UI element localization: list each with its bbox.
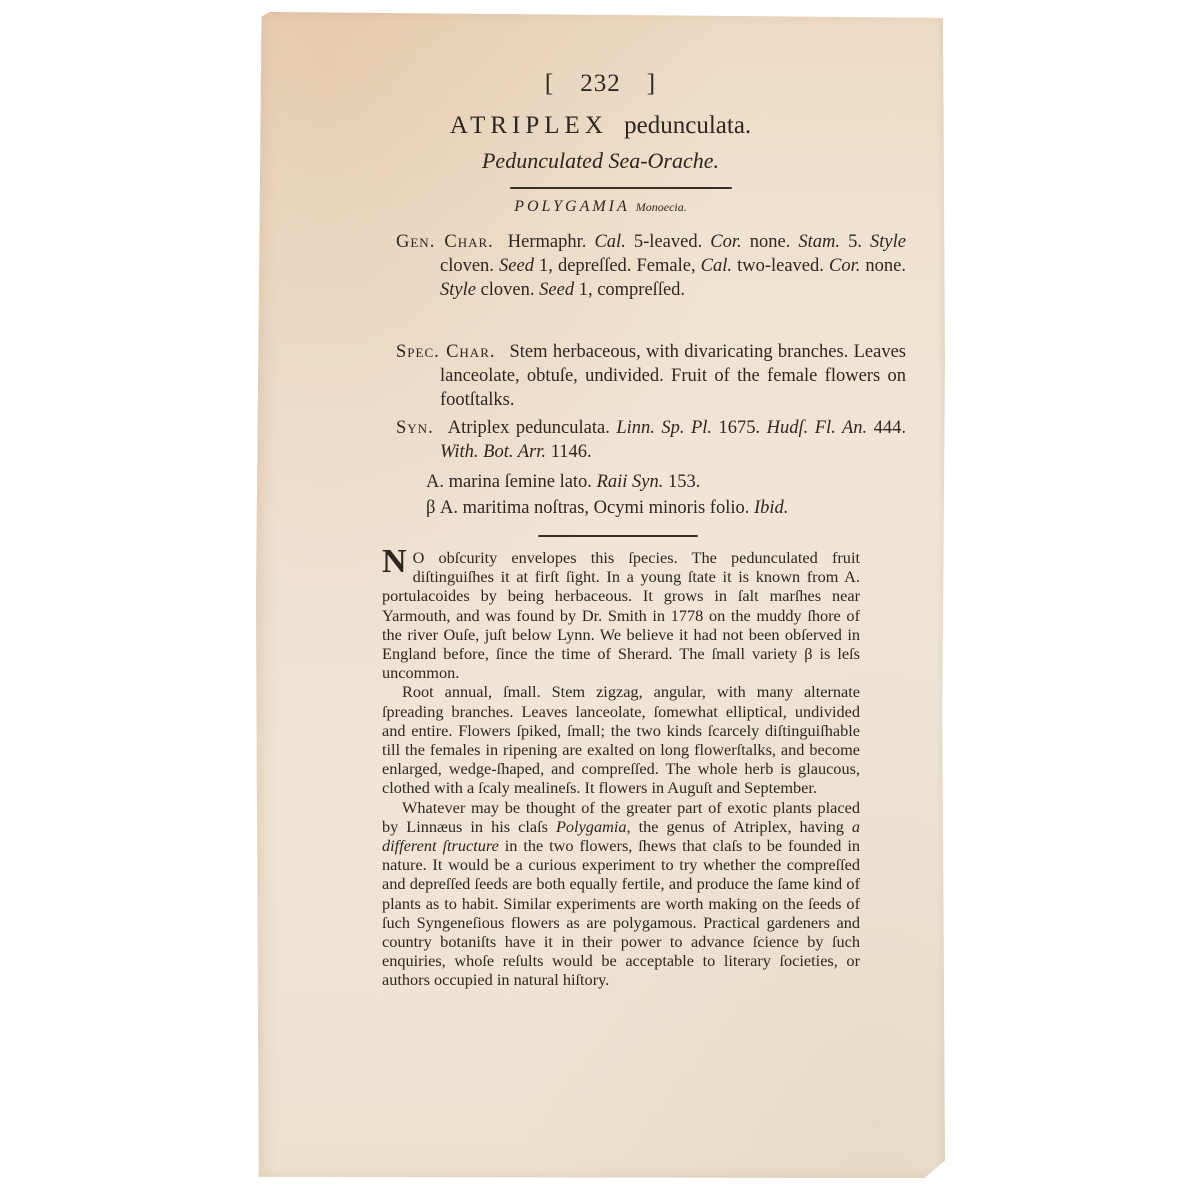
italic-run: Seed xyxy=(499,256,534,276)
book-page: [232] ATRIPLEX pedunculata. Pedunculated… xyxy=(256,12,945,1178)
synonym-alt-2-text: β A. maritima noſtras, Ocymi minoris fol… xyxy=(426,498,754,518)
drop-cap: N xyxy=(382,550,407,574)
italic-run: Hudſ. Fl. An. xyxy=(767,418,868,438)
italic-run: Cor. xyxy=(710,232,741,252)
synonym-alt-1-ref: Raii Syn. xyxy=(597,472,664,492)
text-run: none. xyxy=(860,256,906,276)
italic-run: Cal. xyxy=(594,232,625,252)
italic-run: Cor. xyxy=(829,256,860,276)
synonym-alt-2-ref: Ibid. xyxy=(754,498,788,518)
class-name: POLYGAMIA xyxy=(514,198,630,215)
title-divider xyxy=(510,187,732,189)
body-text: NO obſcurity envelopes this ſpecies. The… xyxy=(382,548,860,990)
text-run: two-leaved. xyxy=(732,256,829,276)
text-run: 1146. xyxy=(546,442,592,462)
italic-run: Style xyxy=(440,280,476,300)
gen-char-label: Gen. Char. xyxy=(396,232,494,252)
paragraph-2: Root annual, ſmall. Stem zigzag, angular… xyxy=(382,682,860,797)
page-number-value: 232 xyxy=(580,70,621,97)
text-run: Atriplex pedunculata. xyxy=(448,418,617,438)
order-name: Monoecia. xyxy=(636,200,687,214)
generic-character: Gen. Char.Hermaphr. Cal. 5-leaved. Cor. … xyxy=(396,230,906,302)
paragraph-1-text: O obſcurity envelopes this ſpecies. The … xyxy=(382,548,860,682)
paragraph-3: Whatever may be thought of the greater p… xyxy=(382,798,860,990)
italic-run: Cal. xyxy=(701,256,732,276)
spec-char-text: Stem herbaceous, with divaricating branc… xyxy=(440,342,906,410)
text-run: 5-leaved. xyxy=(626,232,710,252)
text-run: cloven. xyxy=(440,256,499,276)
synonym-alt-2: β A. maritima noſtras, Ocymi minoris fol… xyxy=(426,496,866,520)
synonym-alt-1: A. marina ſemine lato. Raii Syn. 153. xyxy=(426,470,866,494)
text-run: 1675. xyxy=(712,418,767,438)
text-run: none. xyxy=(742,232,799,252)
italic-run: Stam. xyxy=(798,232,840,252)
syn-text: Atriplex pedunculata. Linn. Sp. Pl. 1675… xyxy=(440,418,906,462)
specific-character: Spec. Char.Stem herbaceous, with divaric… xyxy=(396,340,906,412)
italic-run: Polygamia xyxy=(556,817,627,836)
bracket-open: [ xyxy=(545,70,554,97)
text-run: 444. xyxy=(867,418,906,438)
text-run: Hermaphr. xyxy=(508,232,595,252)
italic-run: Seed xyxy=(539,280,574,300)
text-run: 1, compreſſed. xyxy=(574,280,685,300)
text-run: in the two flowers, ſhews that claſs to … xyxy=(382,836,860,989)
synonym-alt-1-text: A. marina ſemine lato. xyxy=(426,472,597,492)
text-run: 1, depreſſed. Female, xyxy=(534,256,701,276)
genus-name: ATRIPLEX xyxy=(450,112,608,139)
italic-run: Style xyxy=(870,232,906,252)
page-number: [232] xyxy=(256,70,945,98)
species-title: ATRIPLEX pedunculata. xyxy=(256,112,945,140)
bracket-close: ] xyxy=(647,70,656,97)
text-run: 5. xyxy=(840,232,870,252)
gen-char-text: Hermaphr. Cal. 5-leaved. Cor. none. Stam… xyxy=(440,232,906,300)
paragraph-1: NO obſcurity envelopes this ſpecies. The… xyxy=(382,548,860,682)
italic-run: Linn. Sp. Pl. xyxy=(616,418,712,438)
synonym-alt-1-num: 153. xyxy=(663,472,700,492)
species-name: pedunculata. xyxy=(624,112,751,139)
common-name: Pedunculated Sea-Orache. xyxy=(256,148,945,174)
syn-label: Syn. xyxy=(396,418,434,438)
classification: POLYGAMIAMonoecia. xyxy=(256,198,945,216)
text-run: , the genus of Atriplex, having xyxy=(627,817,852,836)
section-divider xyxy=(538,535,698,537)
italic-run: With. Bot. Arr. xyxy=(440,442,546,462)
synonymy: Syn.Atriplex pedunculata. Linn. Sp. Pl. … xyxy=(396,416,906,464)
text-run: cloven. xyxy=(476,280,539,300)
spec-char-label: Spec. Char. xyxy=(396,342,496,362)
